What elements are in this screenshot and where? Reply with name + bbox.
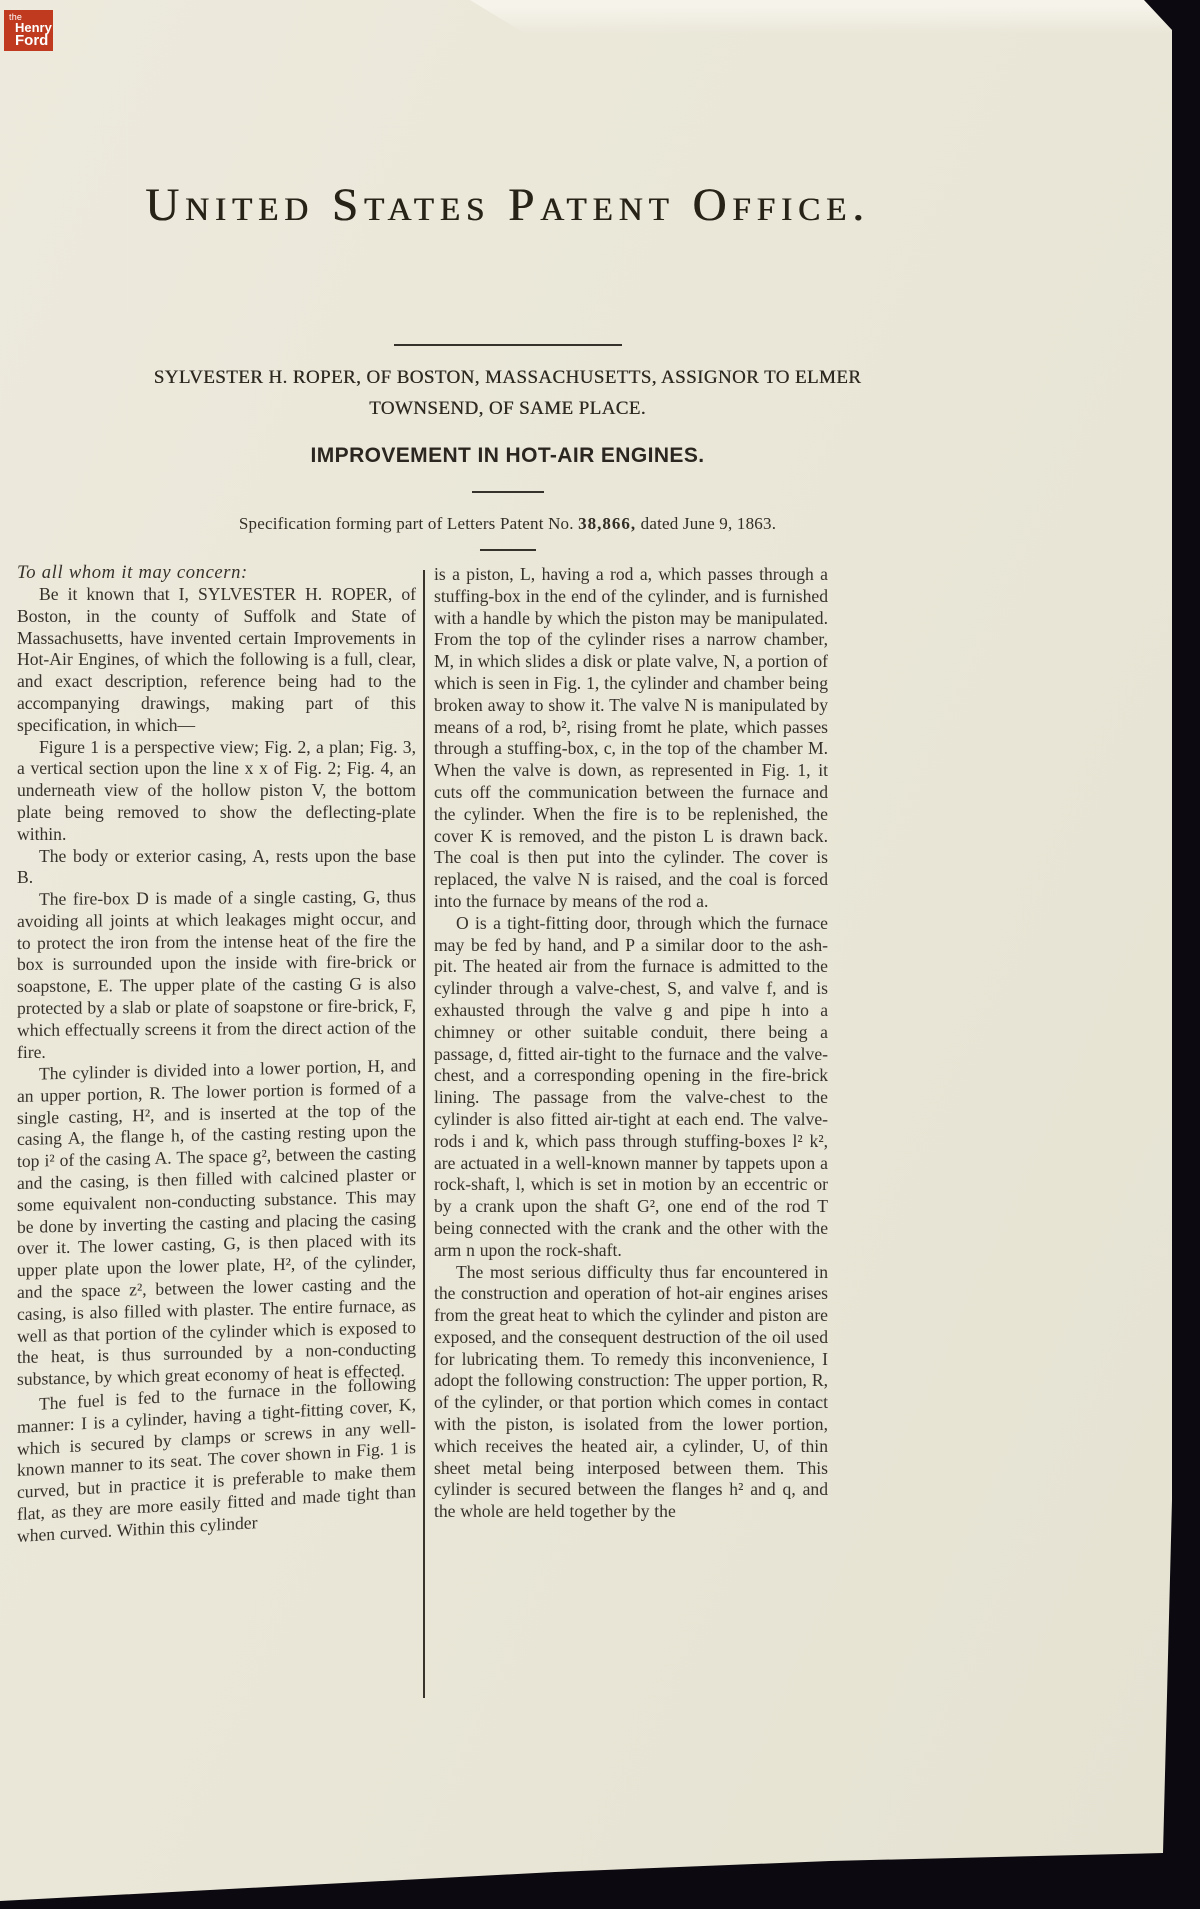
right-column: is a piston, L, having a rod a, which pa… [434,564,828,1523]
specification-line: Specification forming part of Letters Pa… [0,514,1015,534]
column-divider [423,570,425,1698]
paragraph: O is a tight-fitting door, through which… [434,913,828,1262]
divider-rule-top [394,344,622,346]
salutation: To all whom it may concern: [17,562,416,584]
paragraph: The fuel is fed to the furnace in the fo… [17,1372,416,1548]
paragraph: The most serious difficulty thus far enc… [434,1262,828,1524]
paragraph: Figure 1 is a perspective view; Fig. 2, … [17,737,416,846]
patent-number: 38,866, [578,514,636,533]
logo-line-ford: Ford [15,34,53,48]
paragraph: The fire-box D is made of a single casti… [17,886,416,1063]
paragraph: is a piston, L, having a rod a, which pa… [434,564,828,913]
henry-ford-logo: the Henry Ford [4,10,53,51]
paragraph: Be it known that I, SYLVESTER H. ROPER, … [17,584,416,737]
divider-rule-middle [472,491,544,493]
paragraph: The cylinder is divided into a lower por… [17,1054,416,1390]
invention-title: IMPROVEMENT IN HOT-AIR ENGINES. [0,444,1015,468]
grantee-line-1: SYLVESTER H. ROPER, OF BOSTON, MASSACHUS… [0,362,1015,393]
left-column: To all whom it may concern: Be it known … [17,562,416,1548]
page-title: United States Patent Office. [0,178,1015,232]
paper-sheet: United States Patent Office. SYLVESTER H… [0,0,1172,1909]
scanned-page: United States Patent Office. SYLVESTER H… [0,0,1200,1909]
patent-header: United States Patent Office. SYLVESTER H… [0,0,1015,551]
paragraph: The body or exterior casing, A, rests up… [17,846,416,890]
spec-suffix: dated June 9, 1863. [636,514,776,533]
divider-rule-bottom [480,549,536,551]
grantee-line-2: TOWNSEND, OF SAME PLACE. [0,393,1015,424]
spec-prefix: Specification forming part of Letters Pa… [239,514,578,533]
grantee-lines: SYLVESTER H. ROPER, OF BOSTON, MASSACHUS… [0,362,1015,424]
